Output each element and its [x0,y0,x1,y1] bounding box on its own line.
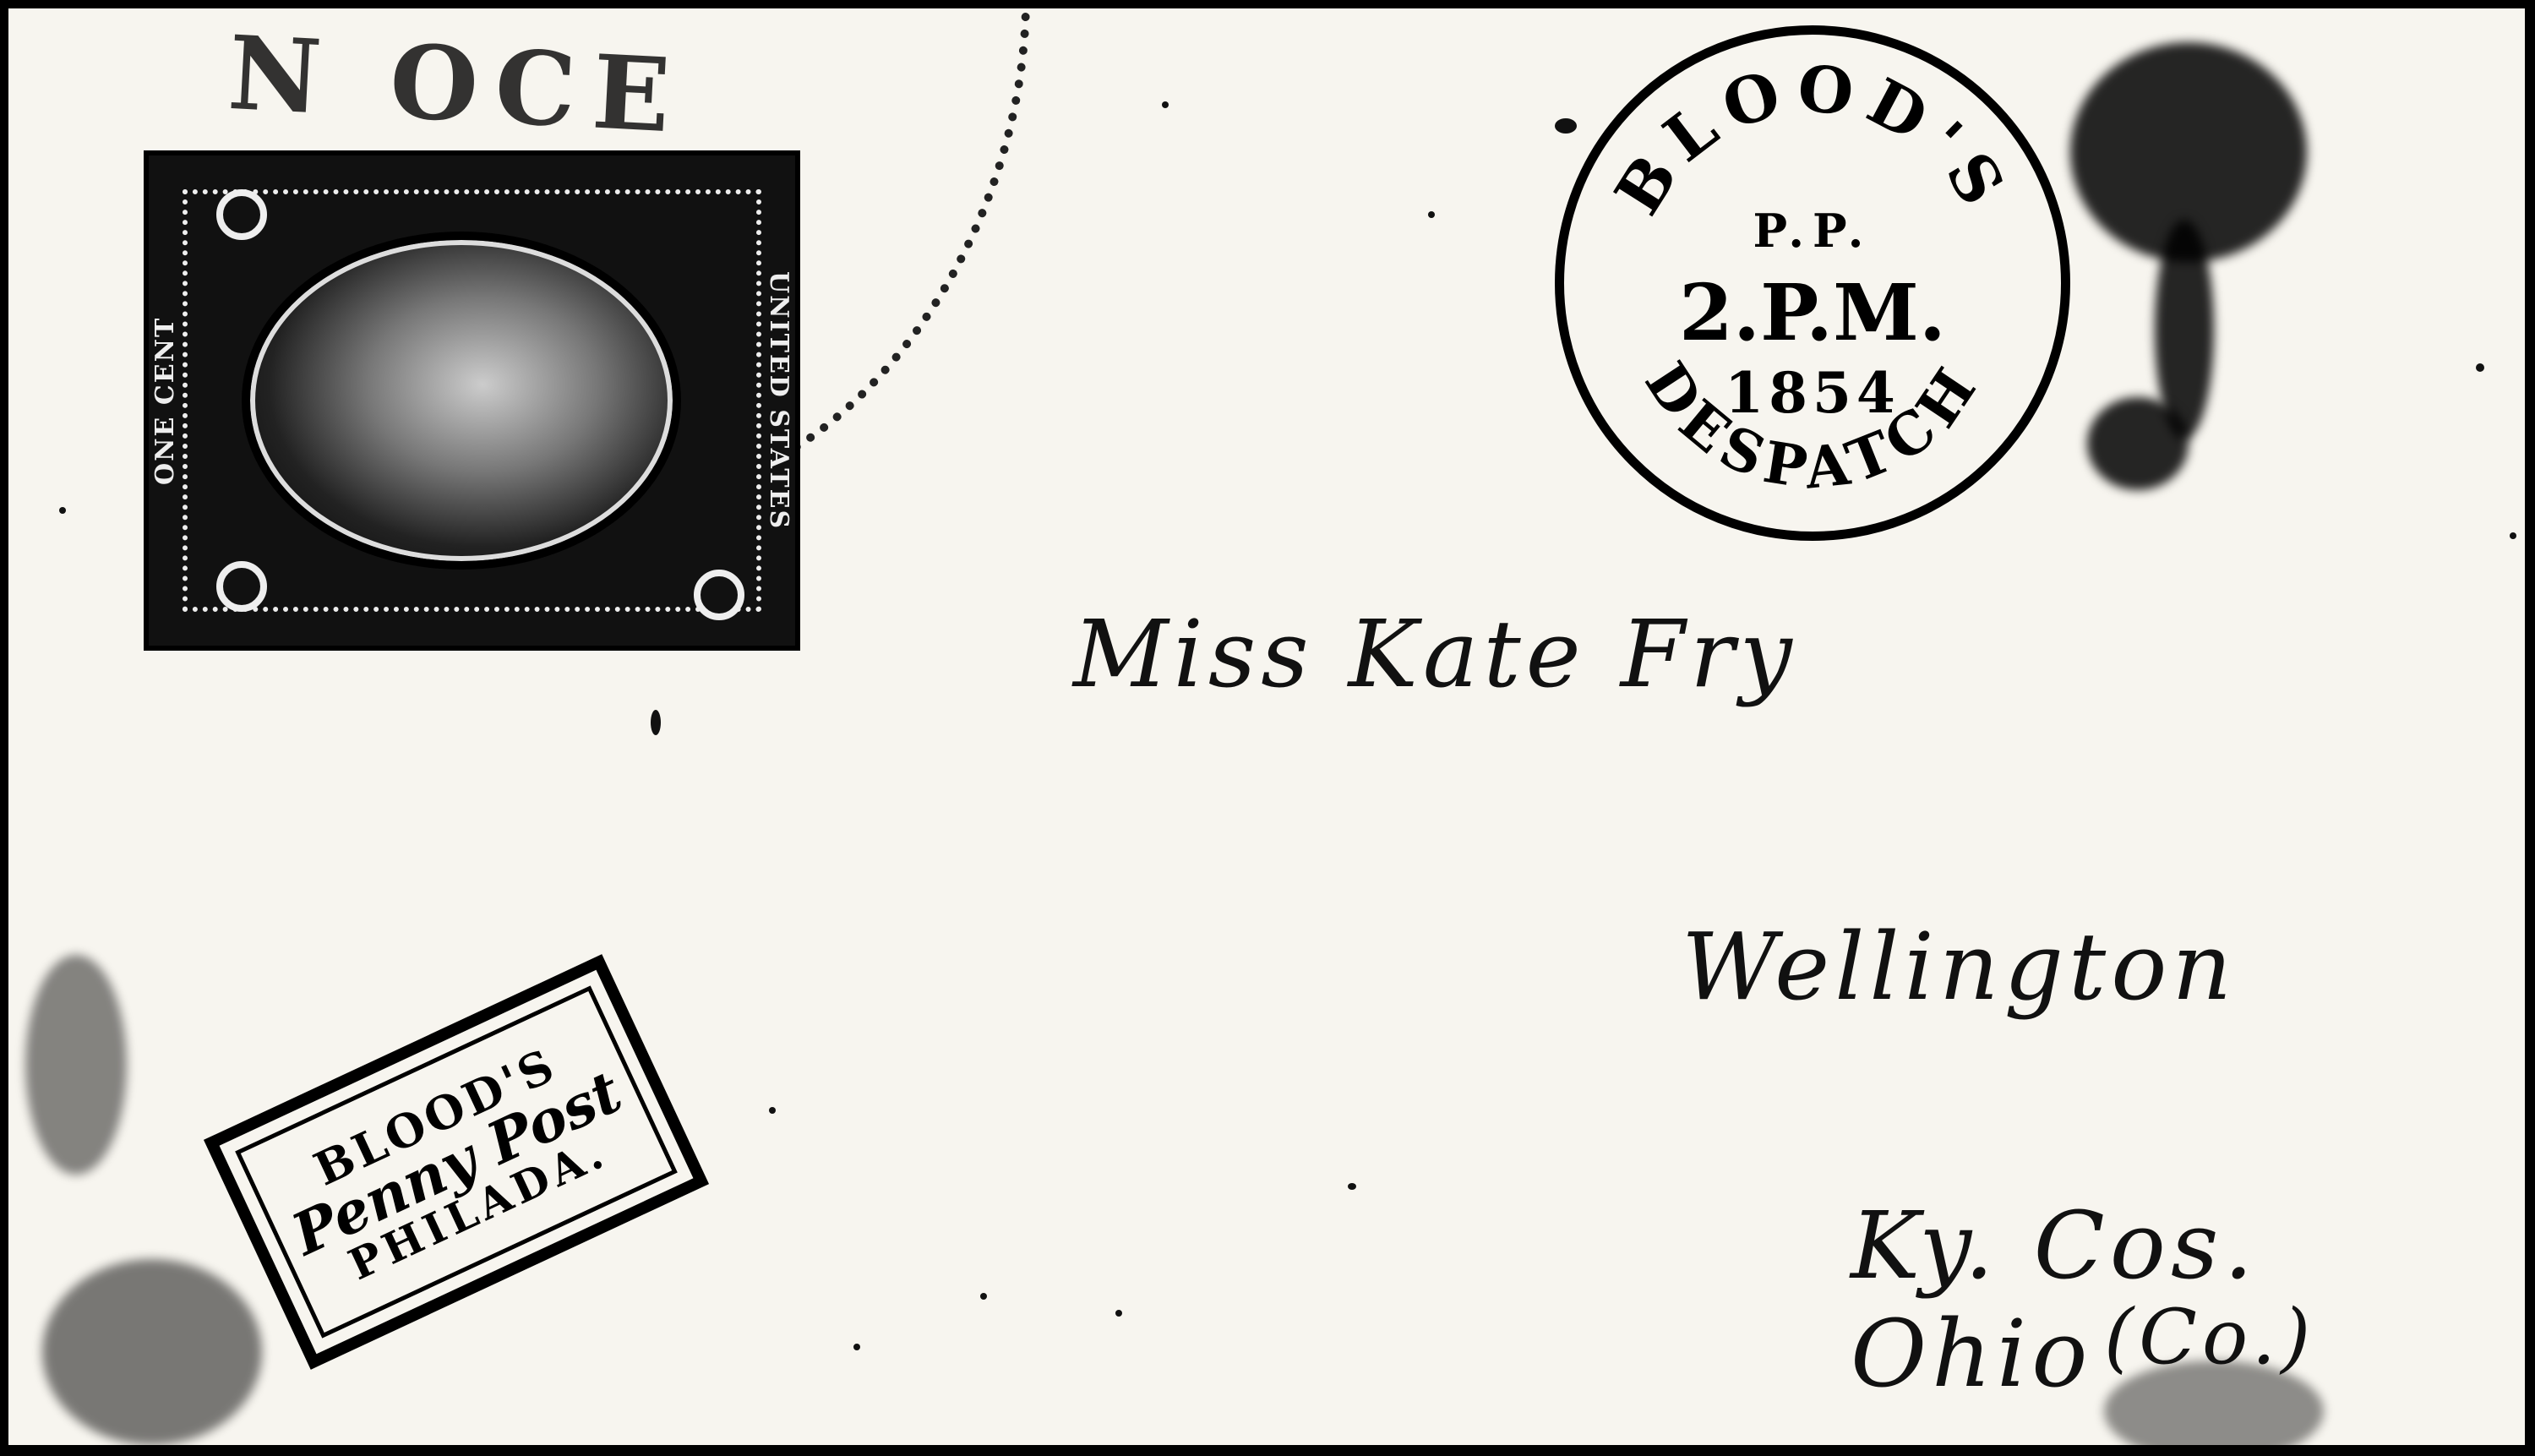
ink-speck [980,1293,987,1300]
ink-speck [1555,118,1577,134]
stamp-left-text: ONE CENT [150,206,184,595]
stamp-right-text: UNITED STATES [760,206,793,595]
ink-speck [59,507,66,514]
postmark-year: 1854 [1564,360,2061,426]
ink-smudge [42,1259,262,1445]
stamp-rosette-icon [694,570,744,620]
ink-speck [769,1107,776,1114]
circular-postmark: BLOOD'S DESPATCH P.P. 2.P.M. 1854 [1555,25,2070,541]
ink-speck [1348,1183,1356,1190]
one-cent-stamp: ONE CENT UNITED STATES [144,150,800,651]
ink-speck [1162,101,1169,108]
local-post-label: BLOOD'S Penny Post PHILADA. [204,954,709,1370]
postmark-time: 2.P.M. [1564,267,2061,358]
ink-smudge [2087,397,2189,490]
stamp-rosette-icon [216,561,267,612]
label-inner-frame: BLOOD'S Penny Post PHILADA. [235,985,678,1338]
svg-text:BLOOD'S: BLOOD'S [1600,50,2025,227]
ink-speck [651,710,661,735]
address-line-1: Miss Kate Fry [1073,600,1797,708]
ink-speck [2476,363,2484,372]
stamp-portrait [242,232,681,570]
ink-speck [1428,211,1435,218]
ink-speck [2510,532,2516,539]
ink-smudge [25,955,127,1175]
partial-cancellation-text: N OCE [226,14,690,156]
address-line-2: Wellington [1682,913,2237,1021]
postmark-line-1: P.P. [1564,204,2061,258]
address-line-4: (Co.) [2104,1293,2315,1382]
postal-cover-scan: N OCE ONE CENT UNITED STATES BLOOD'S DES… [8,8,2525,1445]
ink-speck [853,1344,860,1350]
stamp-rosette-icon [216,189,267,240]
ink-speck [1115,1310,1122,1317]
